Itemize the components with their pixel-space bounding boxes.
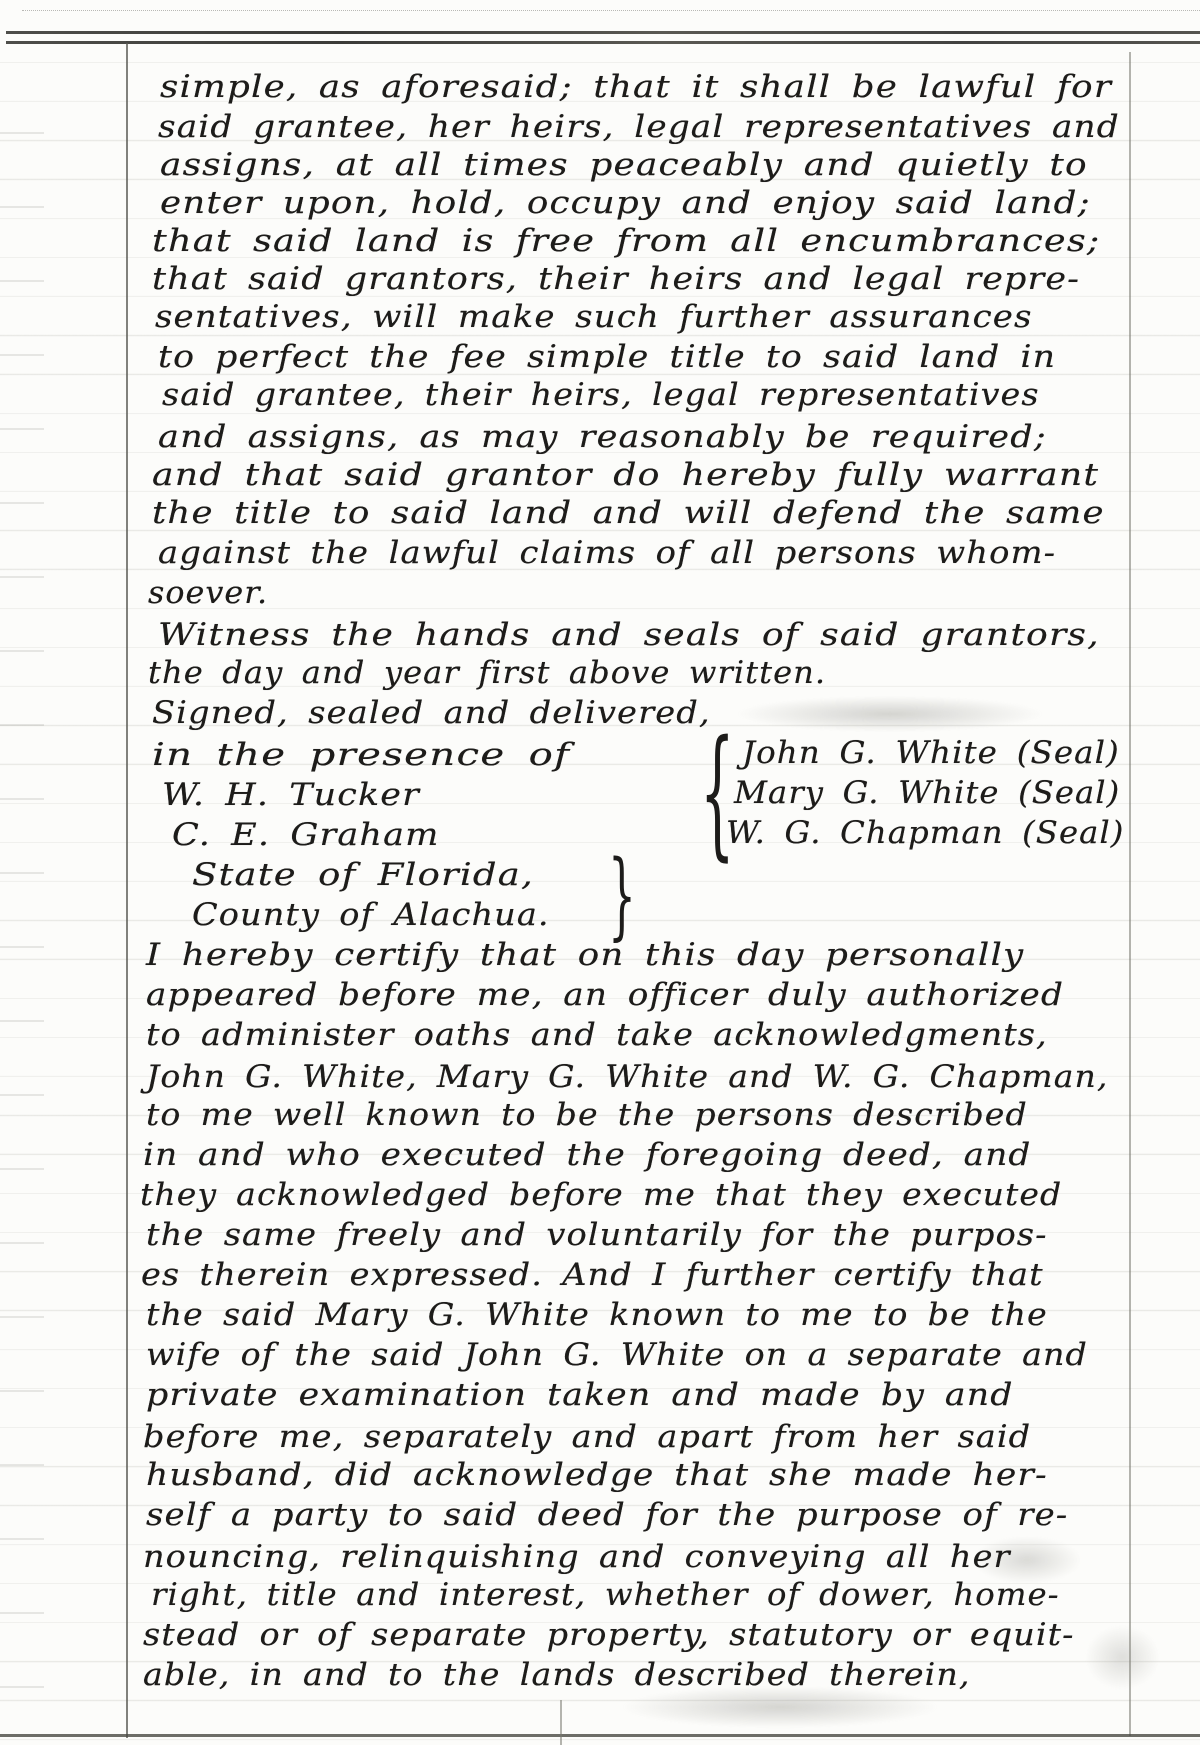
signature-line: John G. White (Seal) [742, 736, 1120, 770]
testimonium-line: Witness the hands and seals of said gran… [158, 618, 1100, 652]
covenants-line: that said land is free from all encumbra… [152, 224, 1100, 258]
testimonium-line: the day and year first above written. [148, 656, 826, 690]
covenants-line: the title to said land and will defend t… [152, 496, 1105, 530]
jurat-line: appeared before me, an officer duly auth… [146, 978, 1064, 1012]
jurat-line: private examination taken and made by an… [146, 1378, 1014, 1412]
covenants-line: said grantee, their heirs, legal represe… [162, 378, 1040, 412]
covenants-line: enter upon, hold, occupy and enjoy said … [160, 186, 1091, 220]
covenants-line: said grantee, her heirs, legal represent… [158, 110, 1120, 144]
signature-line: W. G. Chapman (Seal) [726, 816, 1124, 850]
jurat-line: stead or of separate property, statutory… [143, 1618, 1075, 1652]
jurat-line: to administer oaths and take acknowledgm… [146, 1018, 1048, 1052]
jurat-line: the same freely and voluntarily for the … [146, 1218, 1048, 1252]
jurat-line: self a party to said deed for the purpos… [146, 1498, 1068, 1532]
jurat-line: in and who executed the foregoing deed, … [143, 1138, 1031, 1172]
signature-line: Mary G. White (Seal) [734, 776, 1120, 810]
jurat-line: es therein expressed. And I further cert… [141, 1258, 1044, 1292]
covenants-line: assigns, at all times peaceably and quie… [160, 148, 1088, 182]
jurat-line: nouncing, relinquishing and conveying al… [143, 1540, 1011, 1574]
jurat-line: right, title and interest, whether of do… [151, 1578, 1060, 1612]
covenants-line: sentatives, will make such further assur… [155, 300, 1032, 334]
jurat-line: John G. White, Mary G. White and W. G. C… [146, 1060, 1108, 1094]
scanned-deed-page: { } simple, as aforesaid; that it shall … [0, 0, 1200, 1745]
attestation-line: C. E. Graham [172, 818, 440, 852]
handwriting-layer: simple, as aforesaid; that it shall be l… [0, 0, 1200, 1745]
attestation-line: in the presence of [152, 738, 570, 772]
jurat-line: before me, separately and apart from her… [143, 1420, 1031, 1454]
testimonium-line: Signed, sealed and delivered, [152, 696, 711, 730]
attestation-line: W. H. Tucker [162, 778, 420, 812]
covenants-line: against the lawful claims of all persons… [158, 536, 1056, 570]
venue-line: County of Alachua. [192, 898, 550, 932]
covenants-line: simple, as aforesaid; that it shall be l… [160, 70, 1112, 104]
jurat-line: to me well known to be the persons descr… [146, 1098, 1028, 1132]
jurat-line: I hereby certify that on this day person… [146, 938, 1024, 972]
covenants-line: and that said grantor do hereby fully wa… [152, 458, 1099, 492]
jurat-line: wife of the said John G. White on a sepa… [146, 1338, 1088, 1372]
covenants-line: soever. [148, 576, 268, 610]
venue-line: State of Florida, [192, 858, 534, 892]
jurat-line: the said Mary G. White known to me to be… [146, 1298, 1048, 1332]
jurat-line: they acknowledged before me that they ex… [140, 1178, 1062, 1212]
covenants-line: and assigns, as may reasonably be requir… [158, 420, 1047, 454]
covenants-line: that said grantors, their heirs and lega… [152, 262, 1080, 296]
jurat-line: husband, did acknowledge that she made h… [146, 1458, 1048, 1492]
covenants-line: to perfect the fee simple title to said … [158, 340, 1056, 374]
jurat-line: able, in and to the lands described ther… [143, 1658, 971, 1692]
